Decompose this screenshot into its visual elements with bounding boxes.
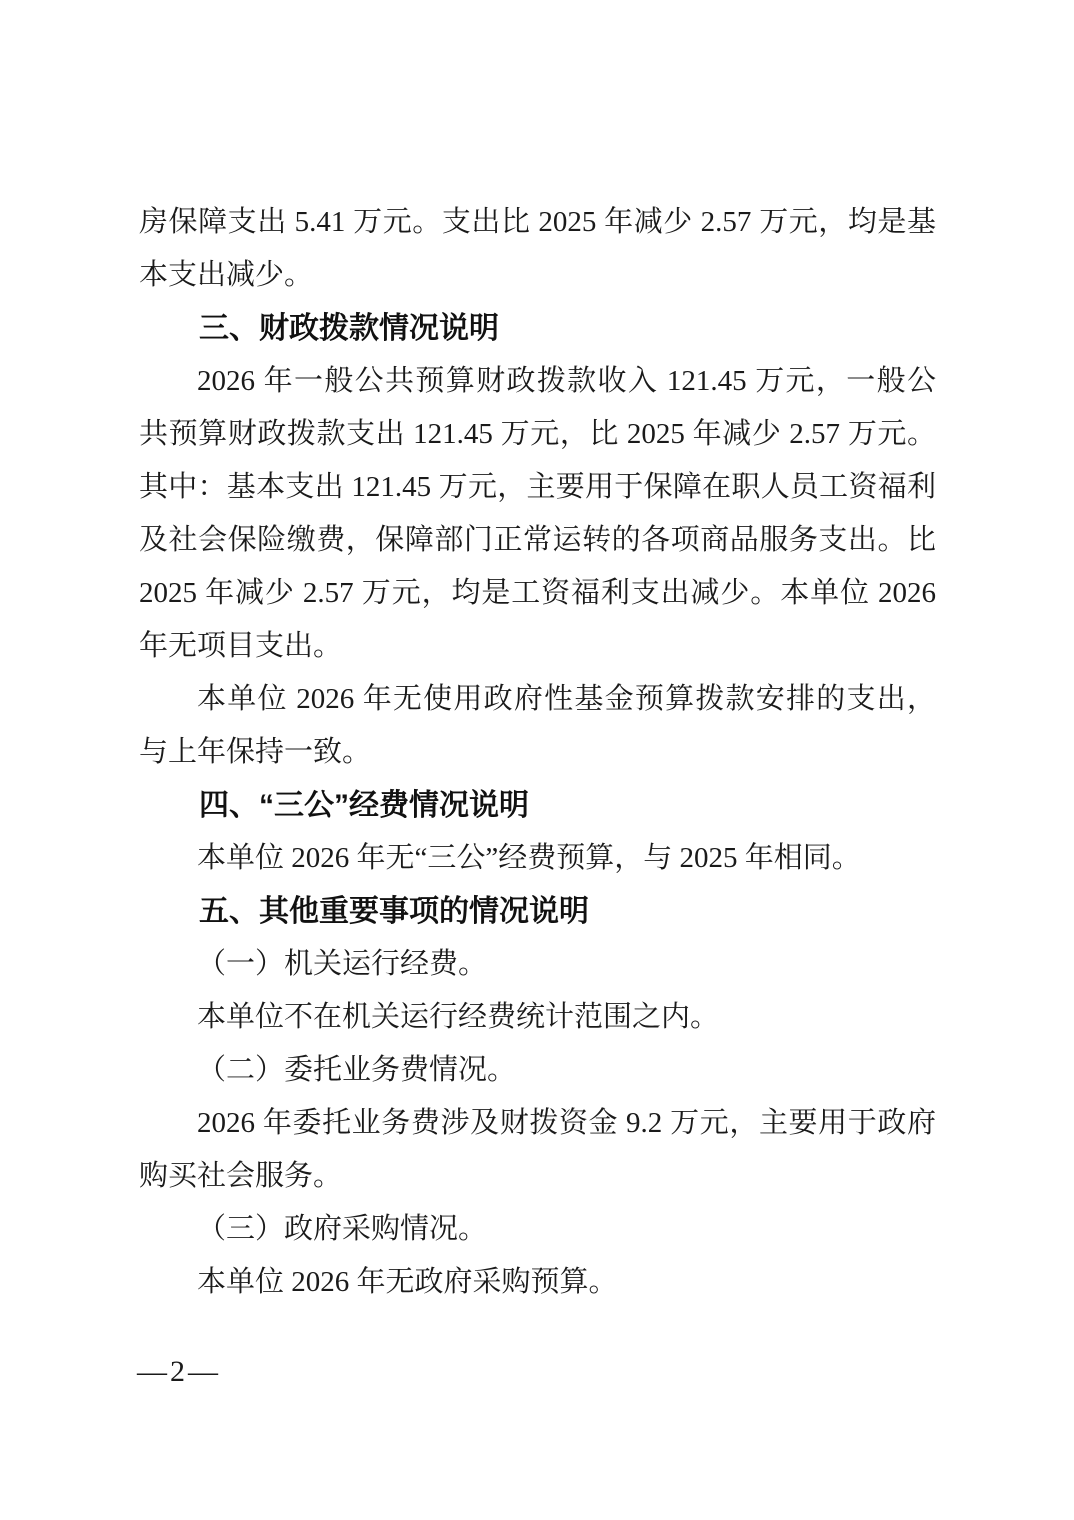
- paragraph: 本单位 2026 年无政府采购预算。: [139, 1256, 936, 1309]
- subsection-heading: （一）机关运行经费。: [139, 938, 936, 991]
- subsection-heading: （二）委托业务费情况。: [139, 1044, 936, 1097]
- paragraph: 2026 年委托业务费涉及财拨资金 9.2 万元，主要用于政府购买社会服务。: [139, 1097, 936, 1203]
- paragraph: 本单位 2026 年无使用政府性基金预算拨款安排的支出，与上年保持一致。: [139, 673, 936, 779]
- section-heading: 三、财政拨款情况说明: [139, 302, 936, 355]
- paragraph: 房保障支出 5.41 万元。支出比 2025 年减少 2.57 万元，均是基本支…: [139, 196, 936, 302]
- document-body: 房保障支出 5.41 万元。支出比 2025 年减少 2.57 万元，均是基本支…: [139, 196, 936, 1309]
- document-page: 房保障支出 5.41 万元。支出比 2025 年减少 2.57 万元，均是基本支…: [0, 0, 1074, 1520]
- paragraph: 2026 年一般公共预算财政拨款收入 121.45 万元，一般公共预算财政拨款支…: [139, 355, 936, 673]
- paragraph: 本单位不在机关运行经费统计范围之内。: [139, 991, 936, 1044]
- page-number: —2—: [137, 1349, 221, 1395]
- paragraph: 本单位 2026 年无“三公”经费预算，与 2025 年相同。: [139, 832, 936, 885]
- section-heading: 四、“三公”经费情况说明: [139, 779, 936, 832]
- section-heading: 五、其他重要事项的情况说明: [139, 885, 936, 938]
- subsection-heading: （三）政府采购情况。: [139, 1203, 936, 1256]
